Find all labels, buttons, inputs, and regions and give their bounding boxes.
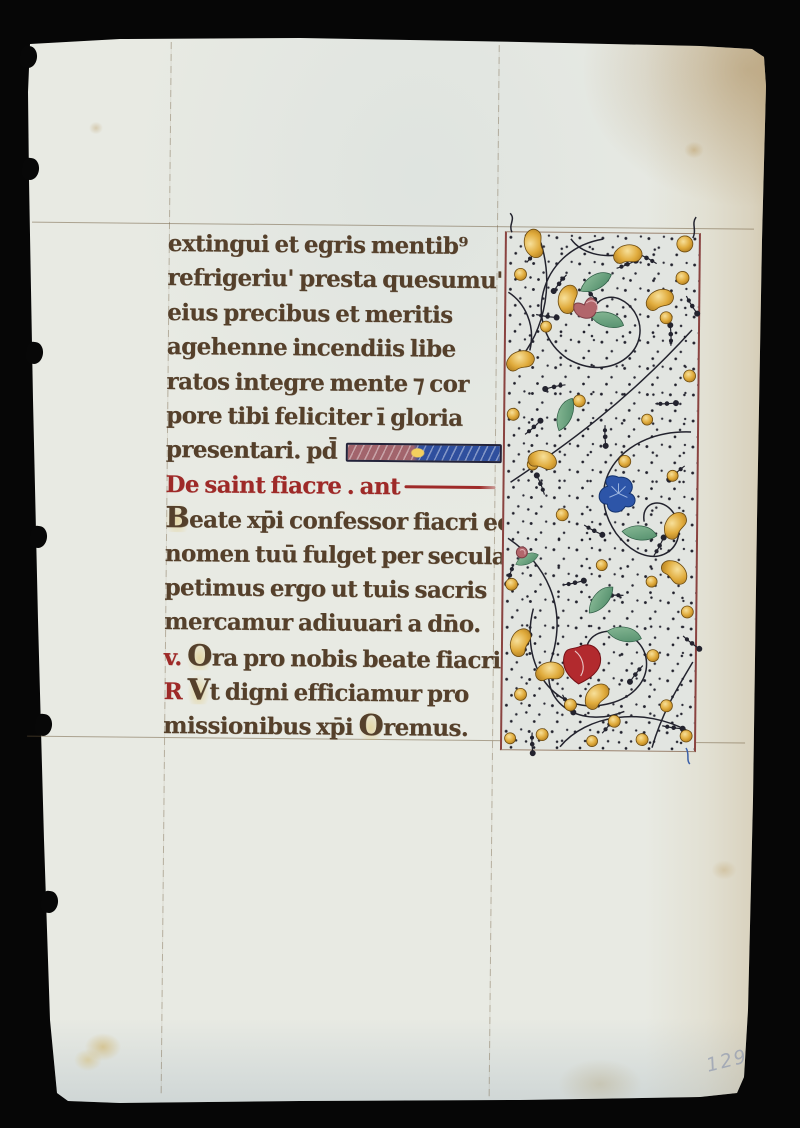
text-segment: t digni efficiamur pro xyxy=(209,675,469,712)
text-segment: nomen tuū fulget per secula xyxy=(165,536,506,574)
manuscript-line: mercamur adiuuari a dn̄o. xyxy=(164,605,502,643)
manuscript-line: Beate xp̄i confessor fiacri ecce xyxy=(165,502,503,540)
text-segment: eius precibus et meritis xyxy=(167,296,453,333)
text-segment: R xyxy=(163,675,187,710)
rosebud-icon xyxy=(574,297,598,318)
manuscript-line: agehenne incendiis libe xyxy=(167,330,505,368)
manuscript-line: De saint fiacre . ant xyxy=(165,468,503,506)
text-segment: ratos integre mente ⁊ cor xyxy=(166,365,469,402)
illuminated-border-panel xyxy=(500,231,701,752)
text-segment: ra pro nobis beate fiacri xyxy=(212,641,501,678)
text-segment: B xyxy=(165,502,189,532)
text-segment: mercamur adiuuari a dn̄o. xyxy=(164,605,481,642)
text-segment: De saint fiacre . ant xyxy=(165,468,400,505)
manuscript-line: extingui et egris mentib⁹ xyxy=(168,227,506,265)
text-segment: V xyxy=(187,674,209,704)
leaf-content: extingui et egris mentib⁹refrigeriu' pre… xyxy=(0,0,800,1128)
text-segment: presentari. pd̄ xyxy=(166,433,338,469)
text-segment: petimus ergo ut tuis sacris xyxy=(164,571,486,608)
text-segment: pore tibi feliciter ī gloria xyxy=(166,399,463,436)
line-filler xyxy=(346,443,502,463)
text-segment: O xyxy=(358,710,383,740)
manuscript-line: petimus ergo ut tuis sacris xyxy=(164,571,502,609)
small-rosebud-icon xyxy=(516,547,527,558)
photo-stage: extingui et egris mentib⁹refrigeriu' pre… xyxy=(0,0,800,1128)
manuscript-line: ratos integre mente ⁊ cor xyxy=(166,365,504,403)
rubric-flourish xyxy=(404,486,496,490)
manuscript-line: missionibus xp̄i Oremus. xyxy=(163,708,501,746)
manuscript-line: refrigeriu' presta quesumu' xyxy=(167,261,505,299)
text-segment: eate xp̄i confessor fiacri ecce xyxy=(189,503,538,541)
manuscript-line: R Vt digni efficiamur pro xyxy=(163,674,501,712)
manuscript-line: eius precibus et meritis xyxy=(167,296,505,334)
strawberry-icon xyxy=(563,645,600,685)
text-segment: missionibus xp̄i xyxy=(163,709,359,745)
text-block: extingui et egris mentib⁹refrigeriu' pre… xyxy=(163,227,506,746)
text-segment: O xyxy=(187,640,212,670)
text-segment: extingui et egris mentib⁹ xyxy=(168,227,468,264)
manuscript-line: pore tibi feliciter ī gloria xyxy=(166,399,504,437)
text-segment: v. xyxy=(164,641,188,676)
text-segment: agehenne incendiis libe xyxy=(167,330,456,367)
text-segment: remus. xyxy=(383,712,468,747)
text-segment: refrigeriu' presta quesumu' xyxy=(167,261,502,299)
manuscript-line: presentari. pd̄ xyxy=(166,433,504,471)
manuscript-line: v. Ora pro nobis beate fiacri xyxy=(164,640,502,678)
floral-border-svg xyxy=(502,232,699,751)
manuscript-line: nomen tuū fulget per secula xyxy=(165,536,503,574)
